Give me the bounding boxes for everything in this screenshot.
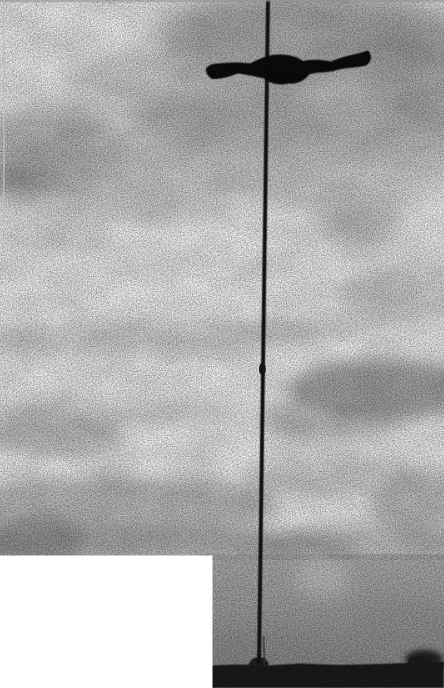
top-edge-scan-line (0, 0, 444, 2)
photo-canvas (0, 0, 444, 688)
blank-cutout-rectangle (0, 556, 213, 688)
left-edge-scan-line (3, 0, 5, 225)
photograph (0, 0, 444, 688)
